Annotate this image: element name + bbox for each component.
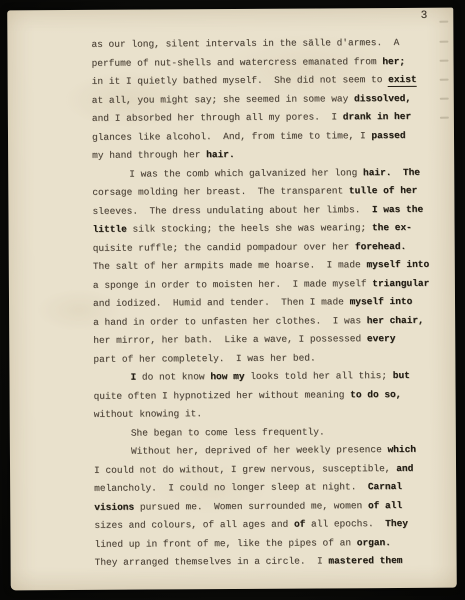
text-segment: every (367, 333, 396, 344)
text-line: sizes and colours, of all ages and of al… (94, 515, 444, 536)
text-line: as our long, silent intervals in the säl… (91, 34, 441, 55)
text-segment: silk stocking; the heels she was wearing… (127, 222, 372, 234)
text-segment: They arranged themselves in a circle. I (95, 555, 329, 567)
text-line: a hand in order to unfasten her clothes.… (93, 311, 443, 332)
typewritten-text: as our long, silent intervals in the säl… (91, 34, 444, 573)
text-segment: without knowing it. (94, 408, 202, 420)
text-line: I do not know how my looks told her all … (93, 367, 443, 388)
margin-mark (439, 41, 448, 43)
text-segment: of all (368, 499, 402, 510)
text-segment: of (294, 519, 305, 530)
text-segment: exist (388, 74, 417, 87)
text-segment: tulle of her (349, 185, 417, 196)
text-segment: her chair, (367, 314, 424, 325)
text-segment: visions (94, 501, 134, 512)
text-line: They arranged themselves in a circle. I … (95, 552, 445, 573)
text-segment: hair. (206, 149, 235, 160)
margin-mark (440, 117, 449, 119)
text-line: visions pursued me. Women surrounded me,… (94, 496, 444, 517)
text-segment: corsage molding her breast. The transpar… (92, 185, 349, 198)
text-segment: forehead. (355, 240, 406, 251)
text-segment: little (93, 224, 127, 235)
text-segment: as our long, silent intervals in the säl… (91, 37, 399, 50)
text-segment: and (396, 462, 413, 473)
text-segment: in it I quietly bathed myself. She did n… (92, 74, 389, 87)
text-segment: She began to come less frequently. (131, 426, 325, 438)
text-segment: passed (371, 129, 405, 140)
text-segment: a hand in order to unfasten her clothes.… (93, 315, 367, 328)
text-segment: lined up in front of me, like the pipes … (94, 537, 356, 550)
text-segment: They (385, 518, 408, 529)
text-line: corsage molding her breast. The transpar… (92, 182, 442, 203)
text-segment: I was the comb which galvanized her long (129, 167, 363, 179)
text-line: melancholy. I could no longer sleep at n… (94, 478, 444, 499)
text-line: perfume of nut-shells and watercress ema… (92, 52, 442, 73)
text-segment: her; (382, 55, 405, 66)
text-line: her mirror, her bath. Like a wave, I pos… (93, 330, 443, 351)
text-line: sleeves. The dress undulating about her … (92, 200, 442, 221)
text-segment: and iodized. Humid and tender. Then I ma… (93, 296, 350, 309)
margin-mark (440, 60, 449, 62)
text-segment: to do so, (350, 388, 401, 399)
text-segment: drank in her (343, 111, 411, 122)
text-line: She began to come less frequently. (94, 422, 444, 443)
text-line: I was the comb which galvanized her long… (92, 163, 442, 184)
text-segment: a sponge in order to moisten her. I made… (93, 278, 372, 291)
text-segment: but (393, 370, 410, 381)
text-segment: pursued me. Women surrounded me, women (134, 500, 368, 512)
text-segment: Carnal (368, 481, 402, 492)
text-segment: the ex- (372, 222, 412, 233)
text-line: and I absorbed her through all my pores.… (92, 108, 442, 129)
text-segment: my hand through her (92, 149, 206, 161)
text-line: Without her, deprived of her weekly pres… (94, 441, 444, 462)
text-segment: looks told her all this; (244, 370, 392, 382)
text-segment: glances like alcohol. And, from time to … (92, 130, 371, 143)
text-segment: Without her, deprived of her weekly pres… (131, 444, 388, 457)
text-segment: The salt of her armpits made me hoarse. … (93, 259, 367, 272)
text-segment: perfume of nut-shells and watercress ema… (92, 56, 383, 69)
text-segment: mastered them (328, 555, 402, 566)
text-line: at all, you might say; she seemed in som… (92, 89, 442, 110)
text-line: The salt of her armpits made me hoarse. … (93, 256, 443, 277)
text-line: in it I quietly bathed myself. She did n… (92, 71, 442, 92)
text-segment: her mirror, her bath. Like a wave, I pos… (93, 333, 367, 346)
text-segment: quite often I hypnotized her without mea… (94, 389, 351, 402)
margin-mark (440, 98, 449, 100)
text-segment: dissolved, (354, 92, 411, 103)
text-segment: myself into (366, 259, 429, 270)
manuscript-page: 3 as our long, silent intervals in the s… (7, 8, 457, 591)
text-line: part of her completely. I was her bed. (93, 348, 443, 369)
photo-background: 3 as our long, silent intervals in the s… (0, 0, 465, 600)
text-segment: I could not do without, I grew nervous, … (94, 463, 396, 476)
text-segment: all epochs. (305, 518, 385, 529)
text-segment: sizes and colours, of all ages and (94, 519, 294, 531)
margin-mark (439, 21, 448, 23)
text-line: glances like alcohol. And, from time to … (92, 126, 442, 147)
page-number: 3 (421, 10, 428, 22)
margin-mark (440, 79, 449, 81)
text-segment: I was the (372, 203, 423, 214)
text-line: quisite ruffle; the candid pompadour ove… (93, 237, 443, 258)
text-segment: sleeves. The dress undulating about her … (92, 204, 371, 217)
text-line: lined up in front of me, like the pipes … (94, 533, 444, 554)
text-segment: how my (210, 371, 244, 382)
text-segment: melancholy. I could no longer sleep at n… (94, 481, 368, 494)
text-segment: and I absorbed her through all my pores.… (92, 111, 343, 124)
text-segment: at all, you might say; she seemed in som… (92, 93, 354, 106)
text-segment: myself into (350, 296, 413, 307)
text-segment: hair. The (363, 166, 420, 177)
text-line: my hand through her hair. (92, 145, 442, 166)
text-segment: organ. (357, 537, 391, 548)
text-segment: which (387, 444, 416, 455)
text-segment: quisite ruffle; the candid pompadour ove… (93, 241, 355, 254)
text-line: a sponge in order to moisten her. I made… (93, 274, 443, 295)
text-segment: part of her completely. I was her bed. (93, 352, 315, 364)
text-line: little silk stocking; the heels she was … (93, 219, 443, 240)
text-line: I could not do without, I grew nervous, … (94, 459, 444, 480)
text-line: and iodized. Humid and tender. Then I ma… (93, 293, 443, 314)
text-line: quite often I hypnotized her without mea… (94, 385, 444, 406)
text-segment: do not know (136, 371, 210, 382)
text-line: without knowing it. (94, 404, 444, 425)
text-segment: triangular (372, 277, 429, 288)
